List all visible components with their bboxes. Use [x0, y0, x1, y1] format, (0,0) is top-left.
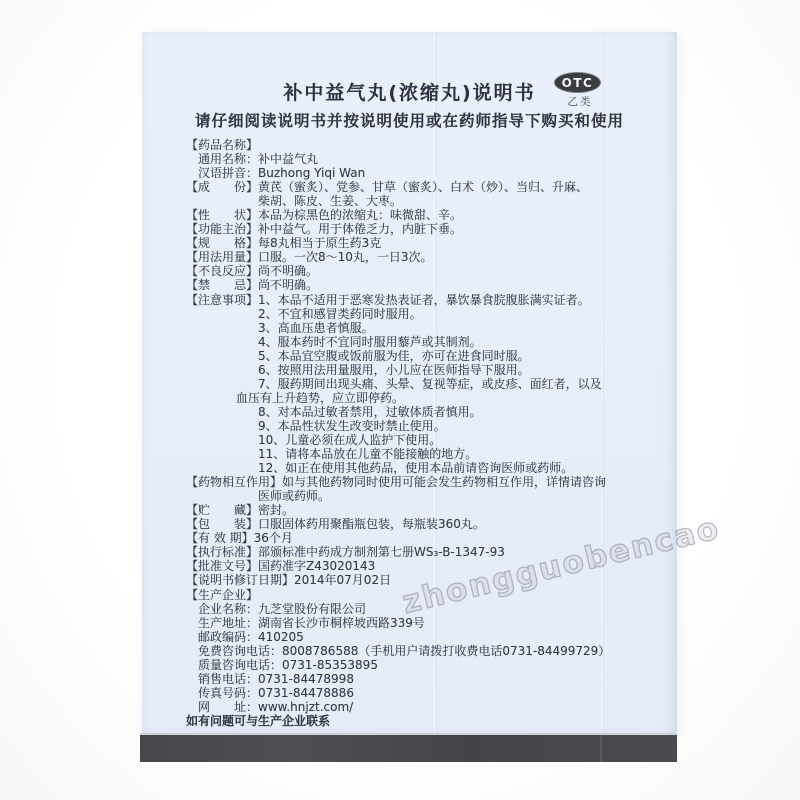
leaflet-line: 企业名称：九芝堂股份有限公司: [186, 602, 661, 616]
leaflet-line: 【包 装】口服固体药用聚酯瓶包装，每瓶装360丸。: [186, 517, 661, 531]
otc-ellipse-icon: OTC: [554, 72, 601, 93]
leaflet-line: 6、按照用法用量服用，小儿应在医师指导下服用。: [186, 363, 661, 377]
leaflet-line: 销售电话：0731-84478998: [186, 672, 661, 686]
leaflet-line: 【有 效 期】36个月: [186, 531, 661, 545]
photo-background: 补中益气丸(浓缩丸)说明书 OTC 乙类 请仔细阅读说明书并按说明使用或在药师指…: [0, 0, 800, 800]
leaflet-line: 免费咨询电话：8008786588（手机用户请拨打收费电话0731-844997…: [186, 644, 661, 658]
leaflet-line: 【规 格】每8丸相当于原生药3克: [186, 236, 661, 250]
leaflet-line: 8、对本品过敏者禁用，过敏体质者慎用。: [186, 405, 661, 419]
leaflet-line: 汉语拼音：Buzhong Yiqi Wan: [186, 166, 661, 180]
leaflet-line: 柴胡、陈皮、生姜、大枣。: [186, 194, 661, 208]
background-dark-band: [140, 733, 677, 762]
leaflet-body: 【药品名称】通用名称：补中益气丸汉语拼音：Buzhong Yiqi Wan【成 …: [186, 138, 661, 728]
leaflet-line: 【成 份】黄芪（蜜炙）、党参、甘草（蜜炙）、白术（炒）、当归、升麻、: [186, 180, 661, 194]
band-crease: [600, 735, 602, 762]
leaflet-line: 网 址：www.hnjzt.com/: [186, 700, 661, 714]
leaflet-line: 12、如正在使用其他药品，使用本品前请咨询医师或药师。: [186, 461, 661, 475]
leaflet-line: 【说明书修订日期】2014年07月02日: [186, 573, 661, 587]
leaflet-line: 3、高血压患者慎服。: [186, 321, 661, 335]
leaflet-line: 【注意事项】1、本品不适用于恶寒发热表证者，暴饮暴食脘腹胀满实证者。: [186, 293, 661, 307]
leaflet-line: 9、本品性状发生改变时禁止使用。: [186, 419, 661, 433]
leaflet-line: 质量咨询电话：0731-85353895: [186, 658, 661, 672]
leaflet-paper: 补中益气丸(浓缩丸)说明书 OTC 乙类 请仔细阅读说明书并按说明使用或在药师指…: [142, 32, 677, 733]
leaflet-line: 7、服药期间出现头痛、头晕、复视等症，或皮疹、面红者，以及: [186, 377, 661, 391]
leaflet-line: 【禁 忌】尚不明确。: [186, 278, 661, 292]
leaflet-line: 如有问题可与生产企业联系: [186, 714, 661, 728]
otc-class-label: 乙类: [554, 94, 606, 109]
leaflet-line: 11、请将本品放在儿童不能接触的地方。: [186, 447, 661, 461]
leaflet-line: 【性 状】本品为棕黑色的浓缩丸：味微甜、辛。: [186, 208, 661, 222]
otc-badge: OTC 乙类: [554, 72, 606, 109]
leaflet-line: 【执行标准】部颁标准中药成方制剂第七册WS₃-B-1347-93: [186, 545, 661, 559]
leaflet-line: 医师或药师。: [186, 489, 661, 503]
leaflet-line: 2、不宜和感冒类药同时服用。: [186, 307, 661, 321]
leaflet-line: 【药品名称】: [186, 138, 661, 152]
leaflet-line: 传真号码：0731-84478886: [186, 686, 661, 700]
leaflet-line: 4、服本药时不宜同时服用藜芦或其制剂。: [186, 335, 661, 349]
leaflet-line: 【不良反应】尚不明确。: [186, 264, 661, 278]
leaflet-line: 【批准文号】国药准字Z43020143: [186, 559, 661, 573]
leaflet-line: 【药物相互作用】如与其他药物同时使用可能会发生药物相互作用，详情请咨询: [186, 475, 661, 489]
leaflet-line: 10、儿童必须在成人监护下使用。: [186, 433, 661, 447]
leaflet-line: 【功能主治】补中益气。用于体倦乏力，内脏下垂。: [186, 222, 661, 236]
leaflet-line: 通用名称：补中益气丸: [186, 152, 661, 166]
leaflet-line: 邮政编码：410205: [186, 630, 661, 644]
leaflet-subtitle: 请仔细阅读说明书并按说明使用或在药师指导下购买和使用: [142, 109, 677, 131]
leaflet-line: 【生产企业】: [186, 588, 661, 602]
leaflet-line: 【用法用量】口服。一次8～10丸，一日3次。: [186, 250, 661, 264]
leaflet-line: 【贮 藏】密封。: [186, 503, 661, 517]
leaflet-line: 5、本品宜空腹或饭前服为佳，亦可在进食同时服。: [186, 349, 661, 363]
leaflet-line: 生产地址：湖南省长沙市桐梓坡西路339号: [186, 616, 661, 630]
leaflet-line: 血压有上升趋势，应立即停药。: [186, 391, 661, 405]
